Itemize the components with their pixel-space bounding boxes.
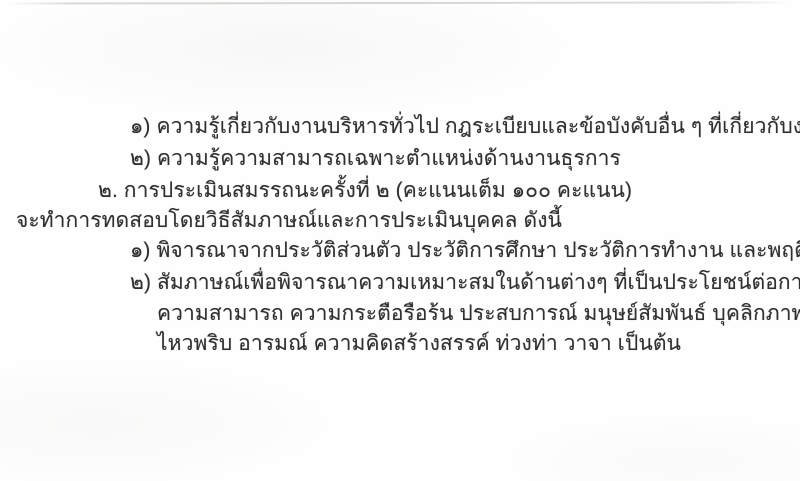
list-item-2-2-continuation-1: ความสามารถ ความกระตือรือร้น ประสบการณ์ ม… (157, 299, 800, 329)
scan-top-edge-artifact (8, 1, 792, 4)
list-item-2-1: ๑) พิจารณาจากประวัติส่วนตัว ประวัติการศึ… (130, 236, 800, 266)
scanned-document-page: ๑) ความรู้เกี่ยวกับงานบริหารทั่วไป กฎระเ… (0, 0, 800, 481)
list-item-2-2: ๒) สัมภาษณ์เพื่อพิจารณาความเหมาะสมในด้าน… (130, 268, 800, 298)
section-2-heading: ๒. การประเมินสมรรถนะครั้งที่ ๒ (คะแนนเต็… (98, 176, 632, 206)
section-2-intro-paragraph: จะทำการทดสอบโดยวิธีสัมภาษณ์และการประเมิน… (16, 206, 562, 236)
list-item-2-2-continuation-2: ไหวพริบ อารมณ์ ความคิดสร้างสรรค์ ท่วงท่า… (157, 329, 681, 359)
list-item-1-1: ๑) ความรู้เกี่ยวกับงานบริหารทั่วไป กฎระเ… (130, 112, 800, 142)
list-item-1-2: ๒) ความรู้ความสามารถเฉพาะตำแหน่งด้านงานธ… (130, 144, 621, 174)
